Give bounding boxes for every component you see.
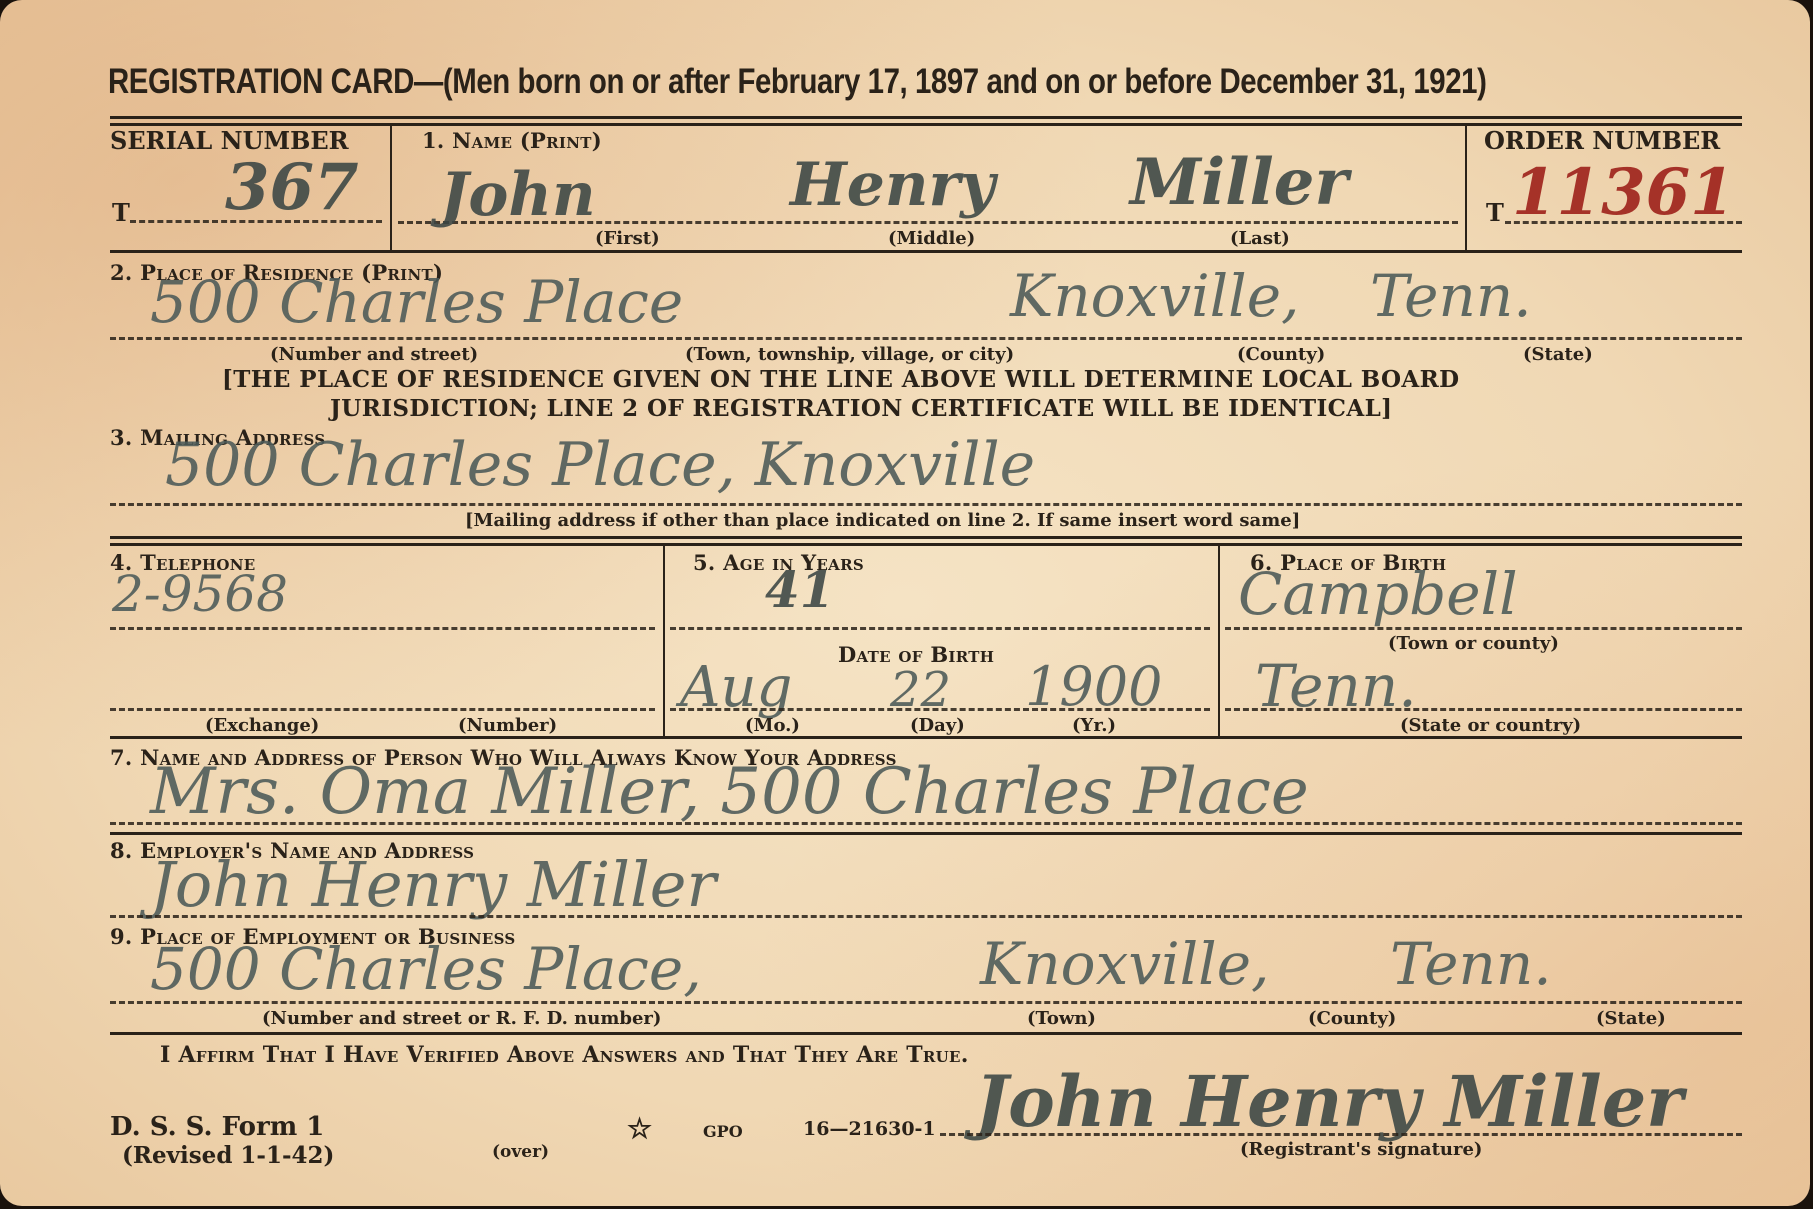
middle-caption: (Middle) bbox=[888, 228, 975, 249]
contact-value: Mrs. Oma Miller, 500 Charles Place bbox=[150, 755, 1309, 829]
print-code: 16—21630-1 bbox=[803, 1118, 936, 1140]
last-name-value: Miller bbox=[1130, 145, 1348, 220]
employer-line bbox=[110, 915, 1742, 918]
age-value: 41 bbox=[765, 560, 835, 619]
residence-town-value: Knoxville, bbox=[1010, 262, 1300, 330]
employment-street-value: 500 Charles Place, bbox=[150, 935, 702, 1003]
gpo-mark: GPO bbox=[703, 1122, 743, 1141]
rule bbox=[110, 832, 1742, 835]
telephone-value: 2-9568 bbox=[112, 565, 288, 623]
employment-town-value: Knoxville, bbox=[980, 930, 1270, 998]
order-number-value: 11361 bbox=[1512, 155, 1735, 230]
mailing-note: [Mailing address if other than place ind… bbox=[465, 510, 1300, 531]
county-caption: (County) bbox=[1308, 1008, 1396, 1029]
town-caption: (Town, township, village, or city) bbox=[685, 344, 1014, 365]
form-revised: (Revised 1-1-42) bbox=[122, 1142, 334, 1169]
jurisdiction-notice-1: [THE PLACE OF RESIDENCE GIVEN ON THE LIN… bbox=[222, 366, 1460, 393]
divider bbox=[1465, 126, 1467, 250]
rule bbox=[110, 736, 1742, 739]
residence-street-value: 500 Charles Place bbox=[150, 268, 683, 336]
card-title: REGISTRATION CARD—(Men born on or after … bbox=[108, 62, 1486, 102]
order-number-label: ORDER NUMBER bbox=[1484, 126, 1720, 155]
birth-town-value: Campbell bbox=[1238, 560, 1518, 628]
state-or-country-caption: (State or country) bbox=[1400, 715, 1581, 736]
town-caption: (Town) bbox=[1027, 1008, 1096, 1029]
rule bbox=[110, 250, 1742, 253]
mailing-line bbox=[110, 503, 1742, 506]
dob-line bbox=[670, 708, 1210, 711]
month-caption: (Mo.) bbox=[745, 715, 800, 736]
employment-state-value: Tenn. bbox=[1390, 930, 1552, 998]
middle-name-value: Henry bbox=[790, 150, 995, 220]
top-rule bbox=[110, 116, 1742, 119]
day-caption: (Day) bbox=[910, 715, 965, 736]
first-caption: (First) bbox=[595, 228, 660, 249]
form-number: D. S. S. Form 1 bbox=[110, 1112, 324, 1142]
county-caption: (County) bbox=[1237, 344, 1325, 365]
name-label: 1. Name (Print) bbox=[422, 128, 602, 153]
affirmation-text: I Affirm That I Have Verified Above Answ… bbox=[160, 1042, 969, 1068]
telephone-line bbox=[110, 627, 655, 630]
employment-line bbox=[110, 1001, 1742, 1004]
residence-state-value: Tenn. bbox=[1370, 262, 1532, 330]
last-caption: (Last) bbox=[1230, 228, 1290, 249]
age-line bbox=[670, 627, 1210, 630]
jurisdiction-notice-2: JURISDICTION; LINE 2 OF REGISTRATION CER… bbox=[330, 395, 1392, 422]
first-name-value: John bbox=[440, 160, 596, 230]
signature-caption: (Registrant's signature) bbox=[1240, 1139, 1482, 1160]
street-rfd-caption: (Number and street or R. F. D. number) bbox=[262, 1008, 661, 1029]
star-icon: ☆ bbox=[627, 1112, 652, 1145]
divider bbox=[1218, 546, 1220, 736]
serial-prefix: T bbox=[112, 198, 130, 227]
divider bbox=[663, 546, 665, 736]
exchange-caption: (Exchange) bbox=[205, 715, 319, 736]
order-prefix: T bbox=[1486, 198, 1504, 227]
number-caption: (Number) bbox=[458, 715, 557, 736]
registrant-signature: John Henry Miller bbox=[975, 1060, 1683, 1143]
birth-town-line bbox=[1225, 627, 1742, 630]
divider bbox=[390, 126, 392, 250]
residence-line bbox=[110, 337, 1742, 340]
serial-number-value: 367 bbox=[225, 150, 359, 225]
state-caption: (State) bbox=[1523, 344, 1593, 365]
over-note: (over) bbox=[492, 1142, 549, 1162]
town-or-county-caption: (Town or county) bbox=[1388, 633, 1559, 654]
signature-line bbox=[940, 1133, 1742, 1136]
birth-state-line bbox=[1225, 708, 1742, 711]
street-caption: (Number and street) bbox=[270, 344, 478, 365]
state-caption: (State) bbox=[1596, 1008, 1666, 1029]
employer-value: John Henry Miller bbox=[150, 848, 716, 921]
telephone-line-2 bbox=[110, 708, 655, 711]
year-caption: (Yr.) bbox=[1072, 715, 1116, 736]
rule bbox=[110, 1032, 1742, 1035]
rule bbox=[110, 543, 1742, 546]
rule bbox=[110, 536, 1742, 539]
registration-card: REGISTRATION CARD—(Men born on or after … bbox=[0, 0, 1810, 1206]
mailing-address-value: 500 Charles Place, Knoxville bbox=[165, 430, 1035, 500]
contact-line bbox=[110, 822, 1742, 825]
